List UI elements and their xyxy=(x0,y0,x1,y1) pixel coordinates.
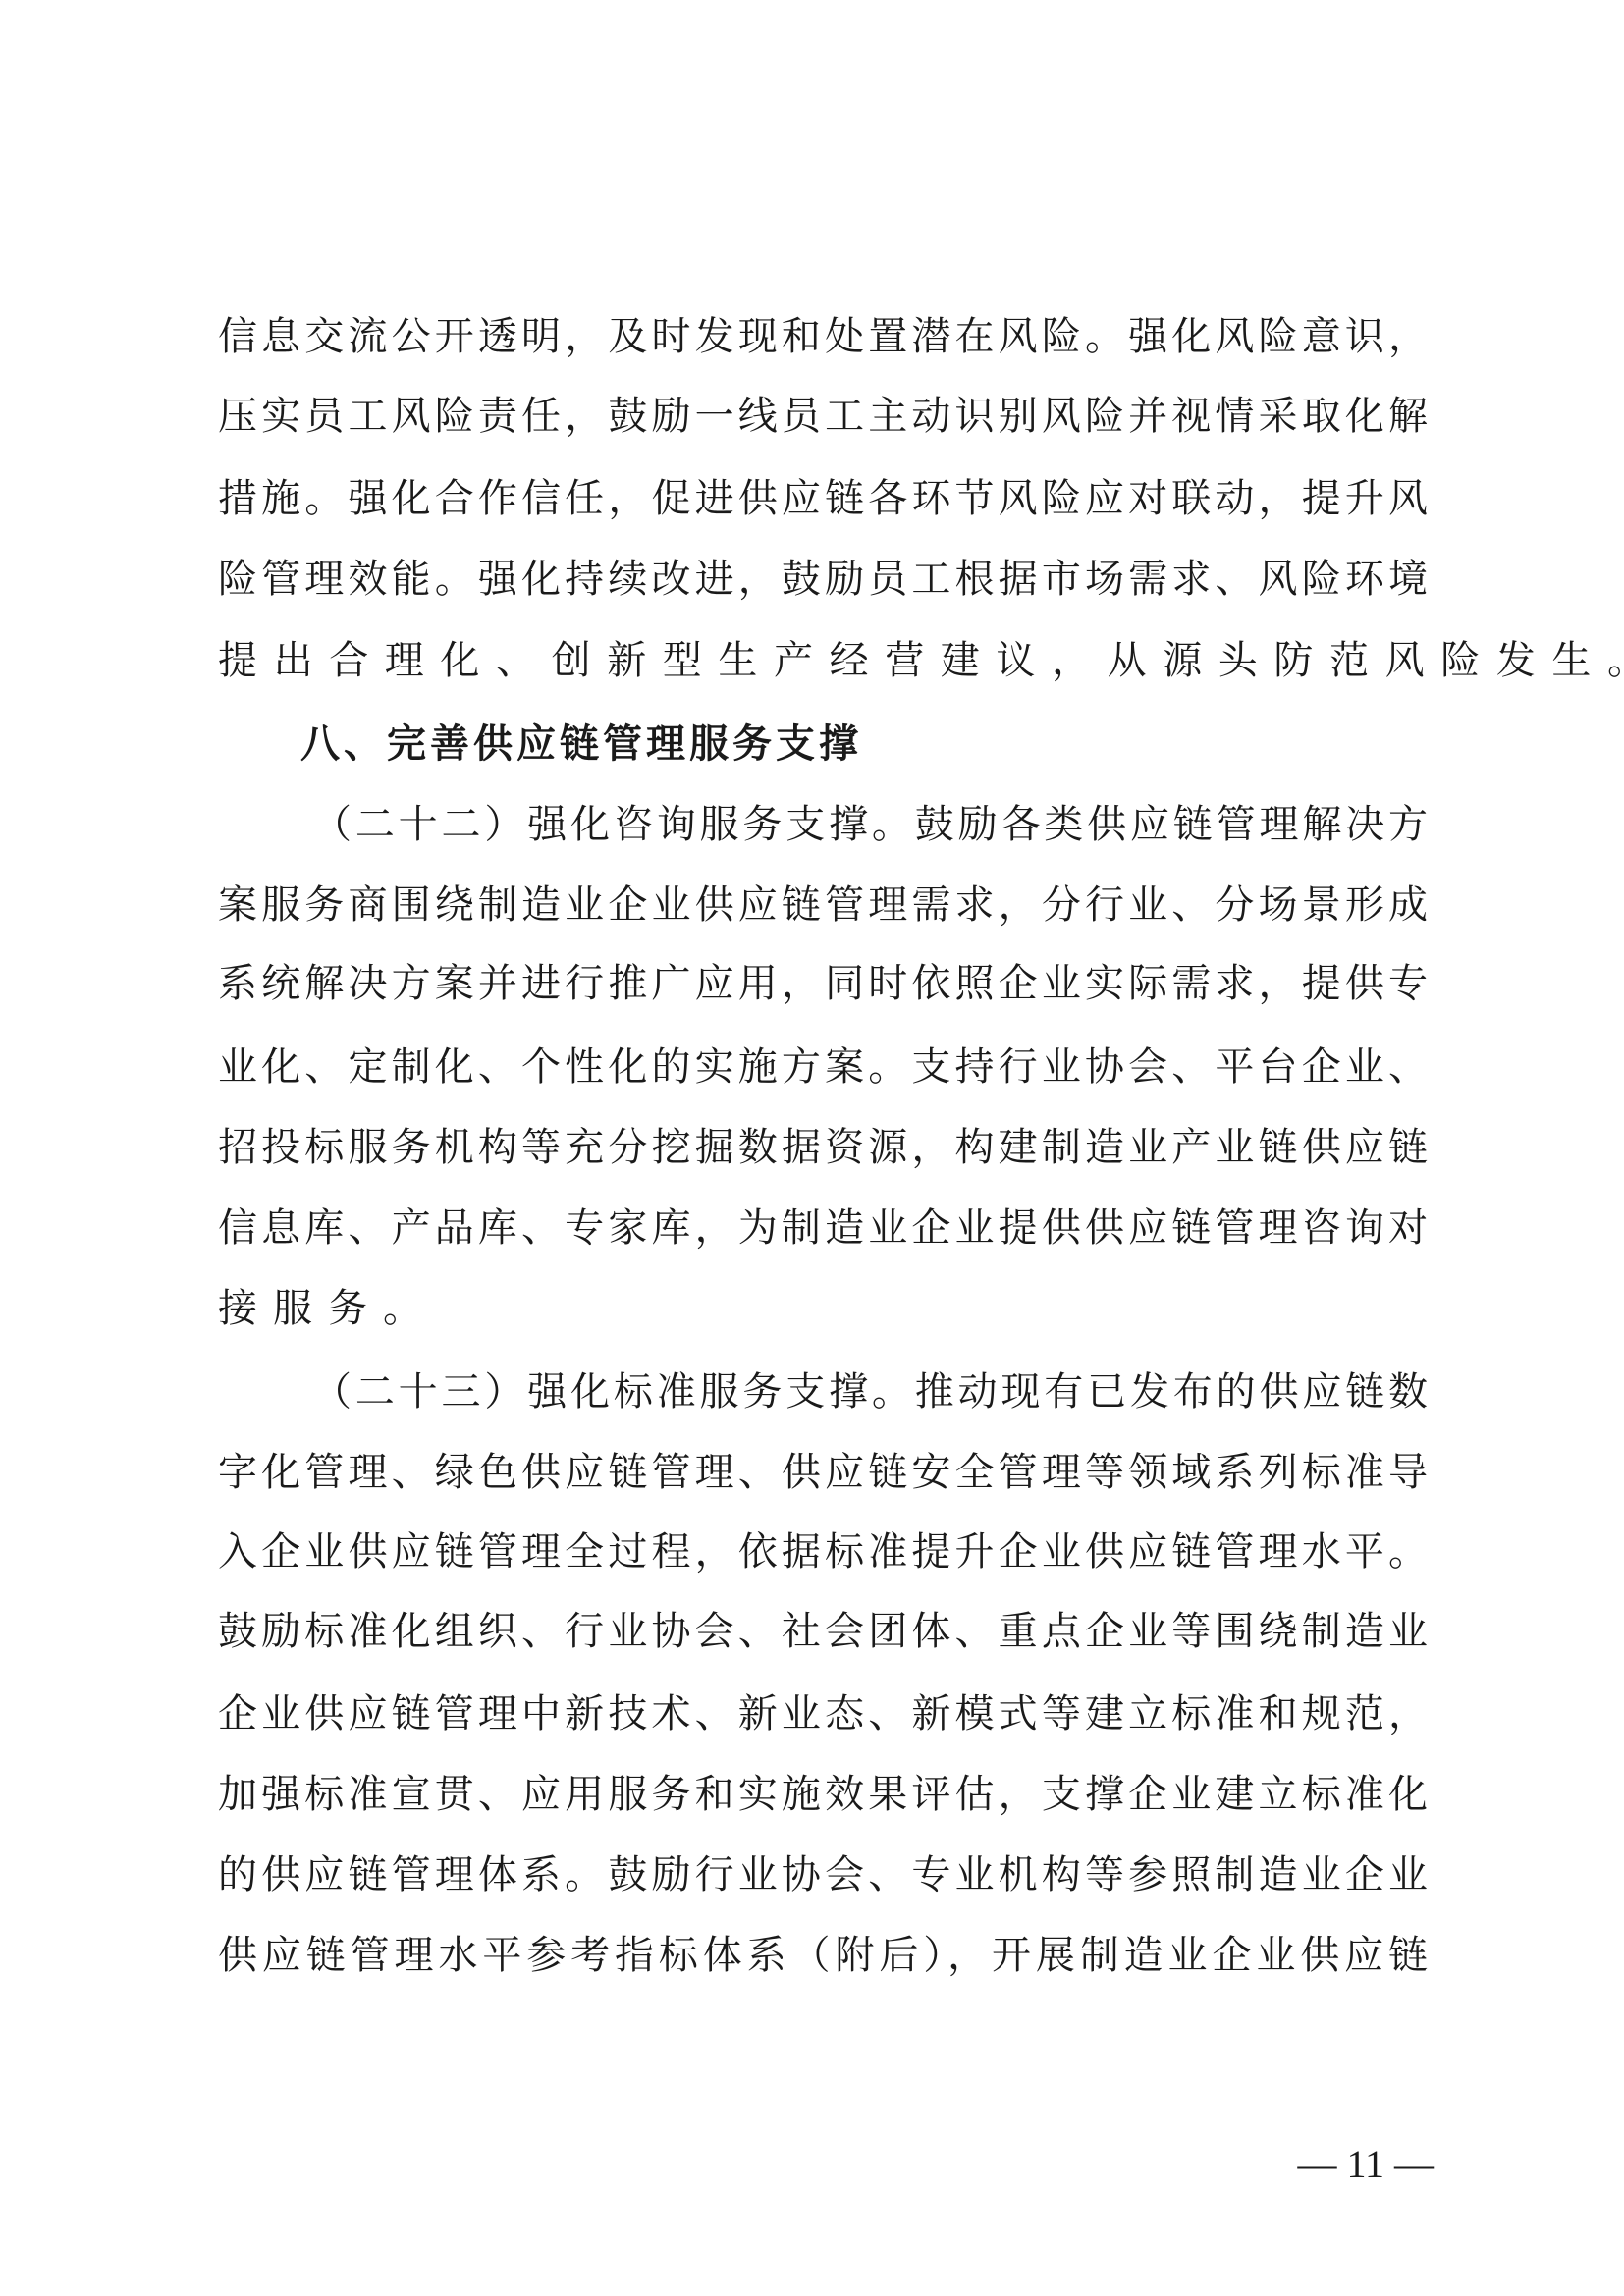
text-line: 信息交流公开透明，及时发现和处置潜在风险。强化风险意识， xyxy=(218,307,1428,366)
paragraph-23-line: 入企业供应链管理全过程，依据标准提升企业供应链管理水平。 xyxy=(218,1522,1428,1581)
text-line: 措施。强化合作信任，促进供应链各环节风险应对联动，提升风 xyxy=(218,469,1428,528)
paragraph-23-line: 的供应链管理体系。鼓励行业协会、专业机构等参照制造业企业 xyxy=(218,1845,1428,1904)
paragraph-23-line: 供应链管理水平参考指标体系（附后），开展制造业企业供应链 xyxy=(218,1926,1428,1985)
text-line: 险管理效能。强化持续改进，鼓励员工根据市场需求、风险环境 xyxy=(218,550,1428,609)
document-page: 信息交流公开透明，及时发现和处置潜在风险。强化风险意识， 压实员工风险责任，鼓励… xyxy=(0,0,1624,2296)
text-line: 提出合理化、创新型生产经营建议，从源头防范风险发生。 xyxy=(218,631,1428,690)
paragraph-23-line: （二十三）强化标准服务支撑。推动现有已发布的供应链数 xyxy=(312,1362,1428,1421)
text-line: 压实员工风险责任，鼓励一线员工主动识别风险并视情采取化解 xyxy=(218,387,1428,446)
page-number: — 11 — xyxy=(1267,2140,1434,2189)
paragraph-22-line: 接服务。 xyxy=(218,1279,1428,1338)
paragraph-22-line: 系统解决方案并进行推广应用，同时依照企业实际需求，提供专 xyxy=(218,954,1428,1013)
paragraph-22-line: （二十二）强化咨询服务支撑。鼓励各类供应链管理解决方 xyxy=(312,795,1428,854)
paragraph-22-line: 业化、定制化、个性化的实施方案。支持行业协会、平台企业、 xyxy=(218,1038,1428,1096)
paragraph-22-line: 信息库、产品库、专家库，为制造业企业提供供应链管理咨询对 xyxy=(218,1199,1428,1257)
paragraph-22-line: 招投标服务机构等充分挖掘数据资源，构建制造业产业链供应链 xyxy=(218,1118,1428,1177)
paragraph-22-line: 案服务商围绕制造业企业供应链管理需求，分行业、分场景形成 xyxy=(218,876,1428,934)
paragraph-23-line: 加强标准宣贯、应用服务和实施效果评估，支撑企业建立标准化 xyxy=(218,1765,1428,1824)
section-heading: 八、完善供应链管理服务支撑 xyxy=(300,715,862,774)
paragraph-23-line: 企业供应链管理中新技术、新业态、新模式等建立标准和规范， xyxy=(218,1684,1428,1743)
paragraph-23-line: 鼓励标准化组织、行业协会、社会团体、重点企业等围绕制造业 xyxy=(218,1602,1428,1661)
paragraph-23-line: 字化管理、绿色供应链管理、供应链安全管理等领域系列标准导 xyxy=(218,1443,1428,1502)
